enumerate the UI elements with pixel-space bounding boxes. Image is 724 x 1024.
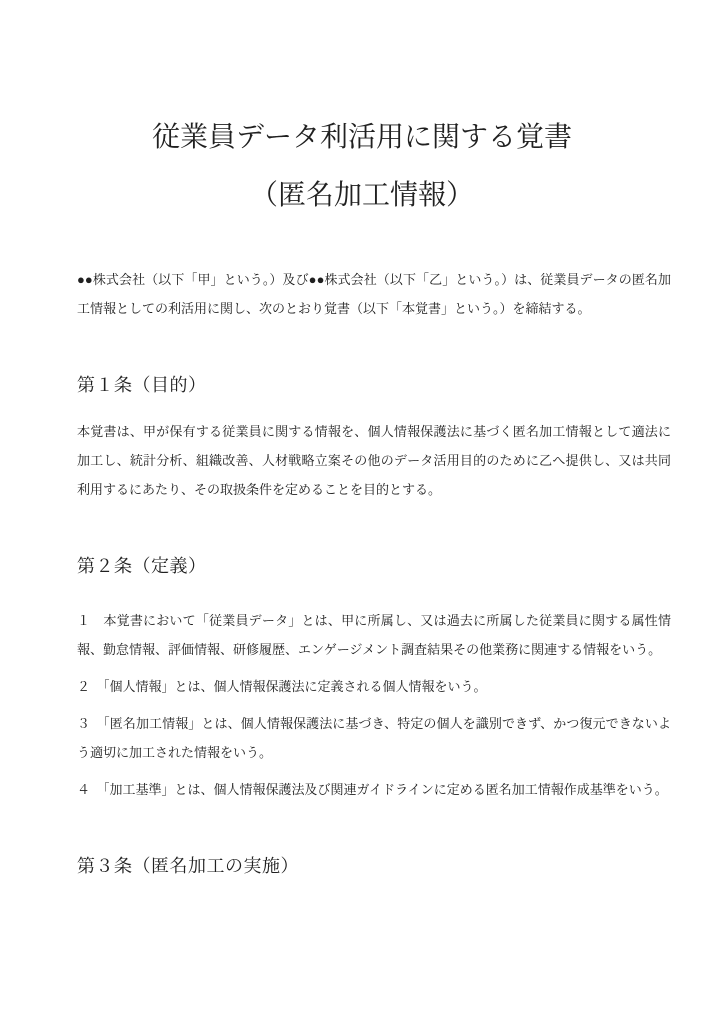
- document-page: 従業員データ利活用に関する覚書 （匿名加工情報） ●●株式会社（以下「甲」という…: [0, 0, 724, 1024]
- document-subtitle: （匿名加工情報）: [0, 178, 724, 212]
- article-1-paragraph: 本覚書は、甲が保有する従業員に関する情報を、個人情報保護法に基づく匿名加工情報と…: [77, 417, 671, 504]
- definition-item-4: ４ 「加工基準」とは、個人情報保護法及び関連ガイドラインに定める匿名加工情報作成…: [77, 775, 671, 804]
- article-3-heading: 第３条（匿名加工の実施）: [77, 854, 671, 879]
- definition-item-3: ３ 「匿名加工情報」とは、個人情報保護法に基づき、特定の個人を識別できず、かつ復…: [77, 709, 671, 767]
- article-2-heading: 第２条（定義）: [77, 554, 671, 579]
- article-1-heading: 第１条（目的）: [77, 373, 671, 398]
- definition-item-1: １ 本覚書において「従業員データ」とは、甲に所属し、又は過去に所属した従業員に関…: [77, 606, 671, 664]
- definition-item-2: ２ 「個人情報」とは、個人情報保護法に定義される個人情報をいう。: [77, 672, 671, 701]
- document-title: 従業員データ利活用に関する覚書: [0, 120, 724, 154]
- preamble-paragraph: ●●株式会社（以下「甲」という。）及び●●株式会社（以下「乙」という。）は、従業…: [77, 265, 671, 323]
